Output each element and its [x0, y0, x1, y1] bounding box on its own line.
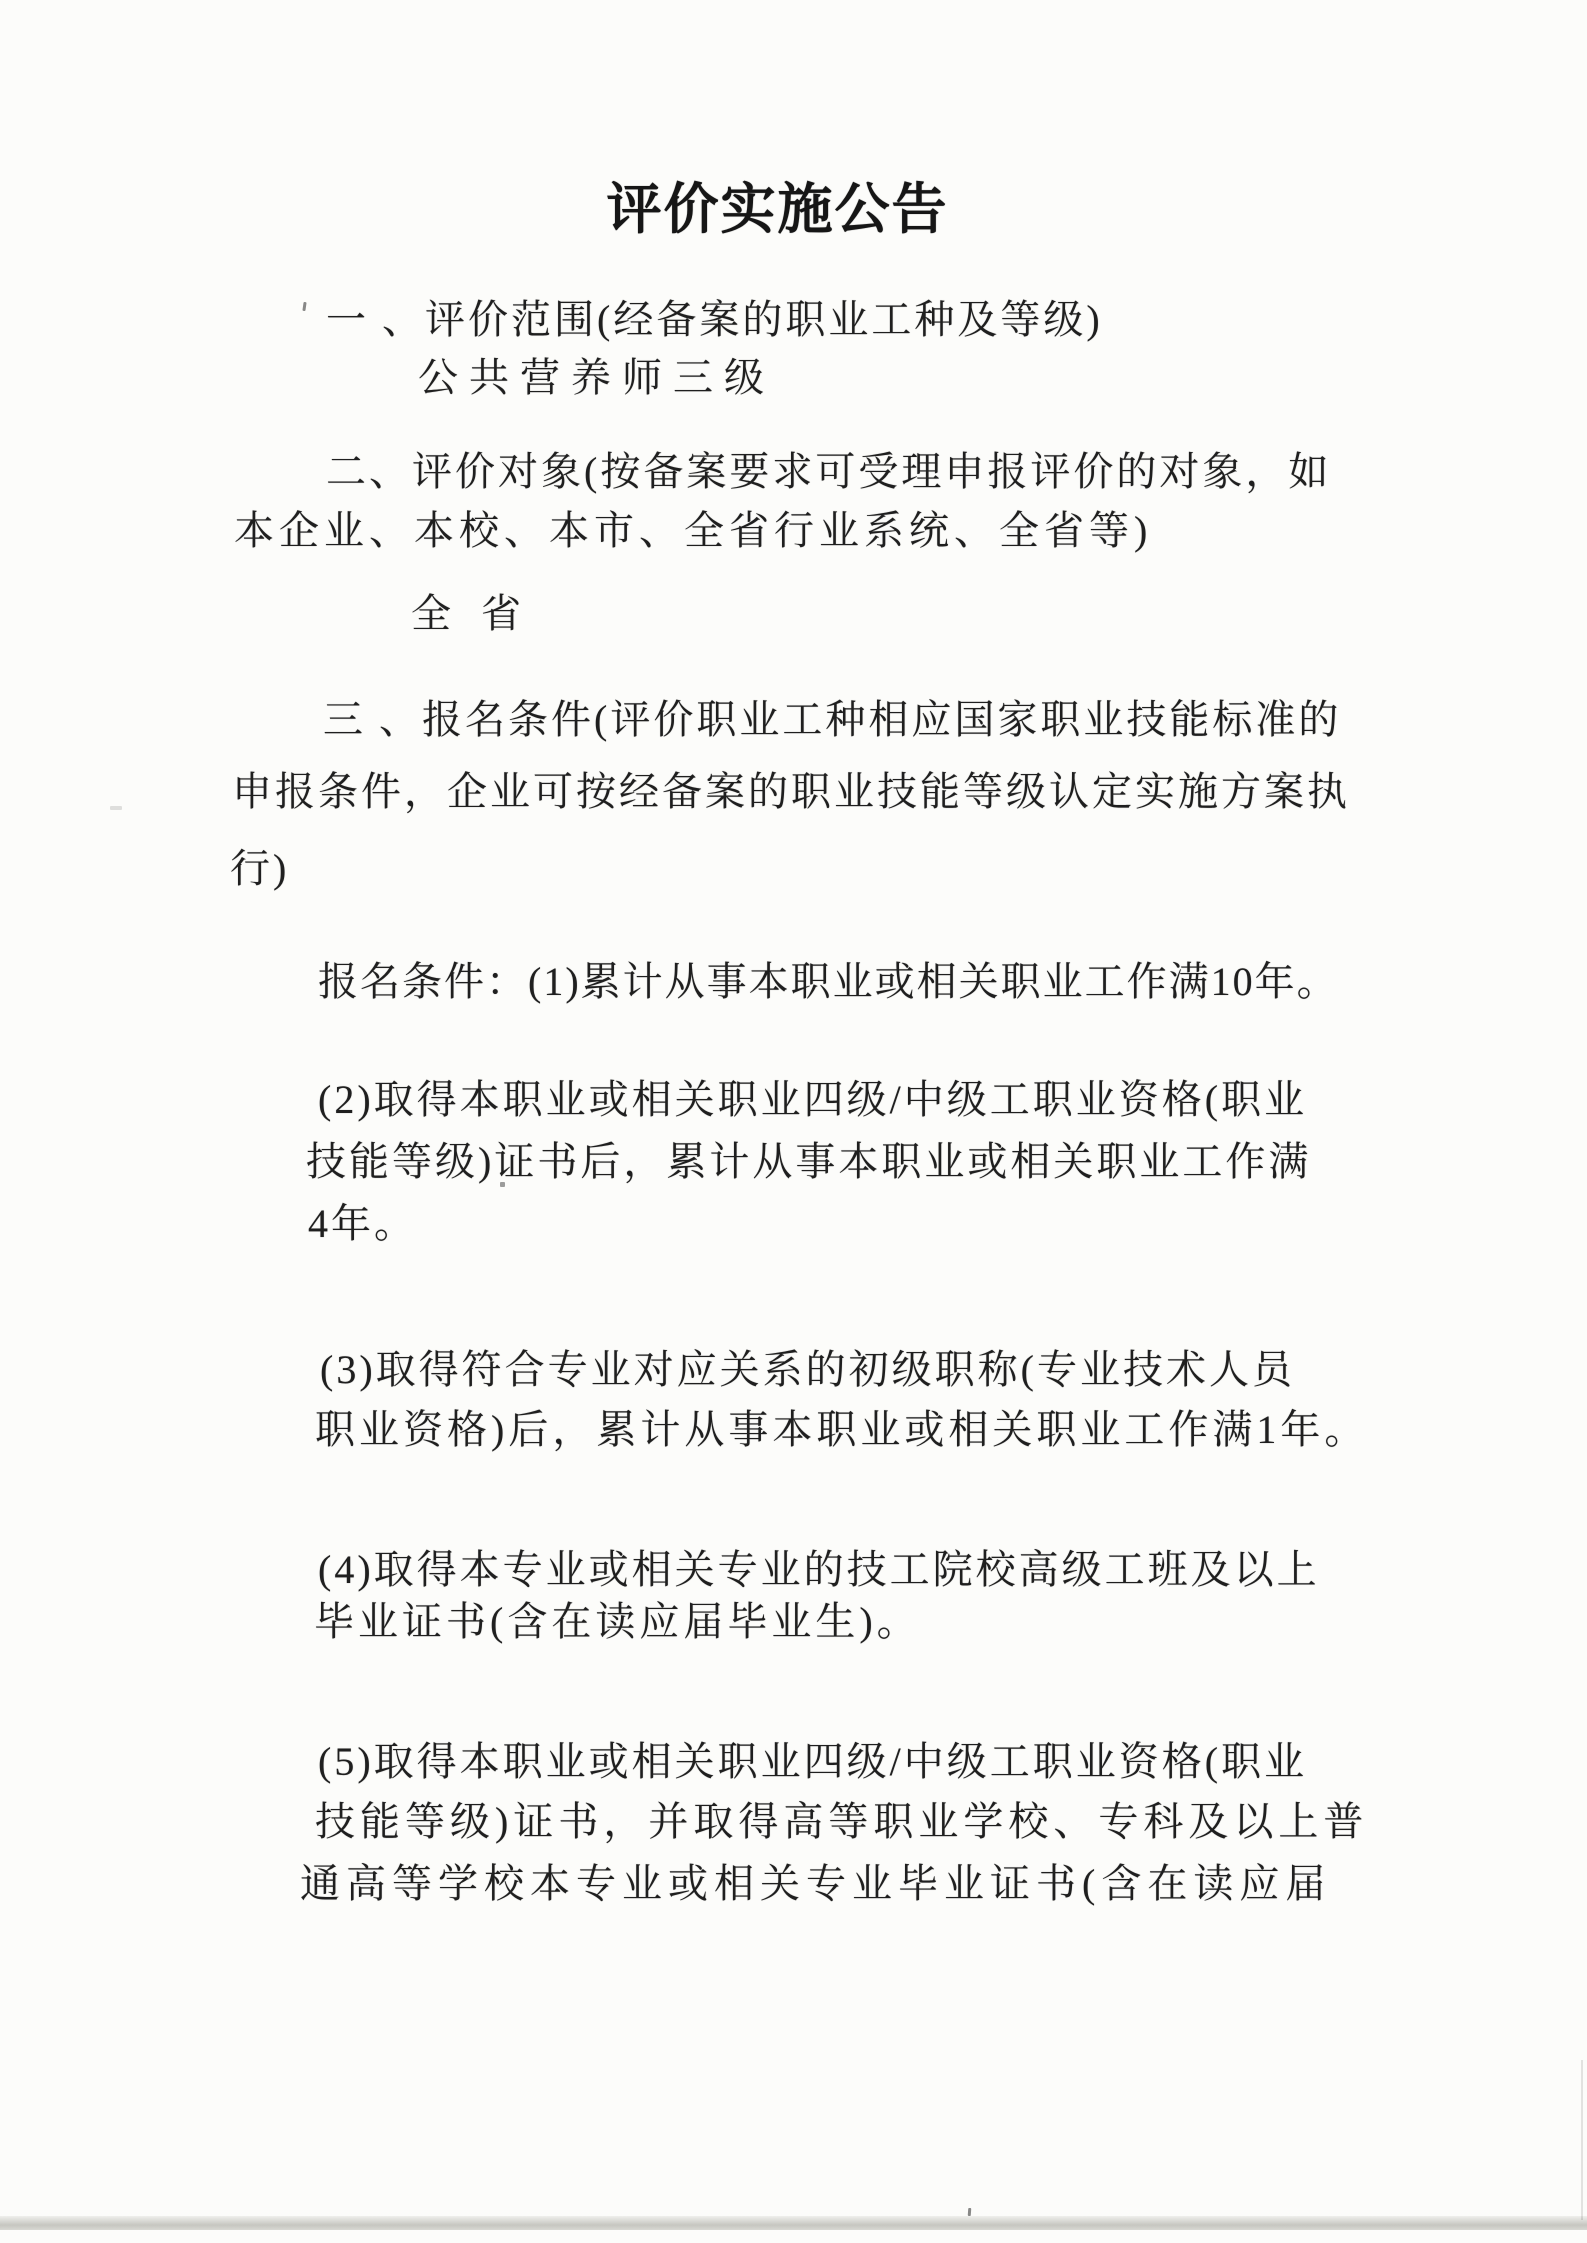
section1-heading-line: 一 、评价范围(经备案的职业工种及等级) [326, 298, 1103, 342]
section2-heading-line-2: 本企业、本校、本市、全省行业系统、全省等) [234, 509, 1152, 553]
condition-4-line-1: (4)取得本专业或相关专业的技工院校高级工班及以上 [318, 1548, 1320, 1592]
document-title: 评价实施公告 [0, 180, 1555, 241]
scan-speck [968, 2208, 972, 2216]
condition-3-line-2: 职业资格)后，累计从事本职业或相关职业工作满1年。 [315, 1408, 1368, 1452]
section1-content-line: 公共营养师三级 [418, 356, 775, 400]
section2-content-line: 全省 [411, 592, 551, 636]
condition-1-line: 报名条件：(1)累计从事本职业或相关职业工作满10年。 [318, 960, 1339, 1004]
section3-heading-line-2: 申报条件，企业可按经备案的职业技能等级认定实施方案执 [232, 770, 1350, 814]
section2-heading-line: 二、评价对象(按备案要求可受理申报评价的对象，如 [326, 450, 1331, 494]
section3-heading-line: 三 、报名条件(评价职业工种相应国家职业技能标准的 [323, 698, 1341, 742]
document-page: 评价实施公告 一 、评价范围(经备案的职业工种及等级) 公共营养师三级 二、评价… [0, 0, 1587, 2243]
condition-4-line-2: 毕业证书(含在读应届毕业生)。 [314, 1600, 921, 1644]
condition-2-line-2: 技能等级)证书后，累计从事本职业或相关职业工作满 [306, 1140, 1311, 1184]
scan-right-edge-line [1581, 2060, 1583, 2220]
condition-5-line-1: (5)取得本职业或相关职业四级/中级工职业资格(职业 [318, 1740, 1307, 1784]
scan-speck [110, 806, 122, 810]
scan-speck [500, 1182, 505, 1187]
condition-5-line-2: 技能等级)证书，并取得高等职业学校、专科及以上普 [315, 1800, 1368, 1844]
section3-heading-line-3: 行) [230, 847, 289, 891]
condition-3-line-1: (3)取得符合专业对应关系的初级职称(专业技术人员 [320, 1348, 1295, 1392]
scan-bottom-shadow [0, 2216, 1587, 2230]
condition-2-line-1: (2)取得本职业或相关职业四级/中级工职业资格(职业 [318, 1078, 1307, 1122]
scan-speck [302, 302, 306, 311]
condition-5-line-3: 通高等学校本专业或相关专业毕业证书(含在读应届 [300, 1862, 1331, 1906]
condition-2-line-3: 4年。 [308, 1202, 417, 1246]
